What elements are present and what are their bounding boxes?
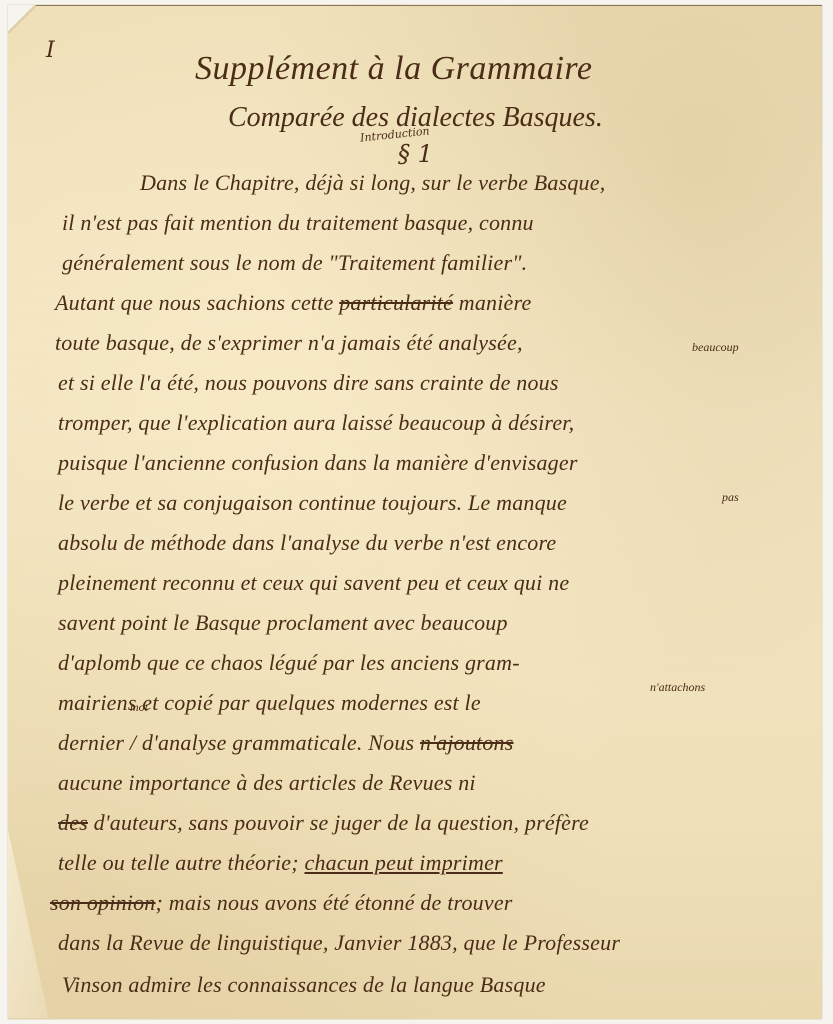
text-line: d'aplomb que ce chaos légué par les anci…	[58, 650, 818, 676]
text-line: Vinson admire les connaissances de la la…	[62, 972, 822, 998]
title-line-1: Supplément à la Grammaire	[195, 50, 592, 88]
struck-text: particularité	[339, 290, 453, 315]
line-text: ; mais nous avons été étonné de trouver	[156, 890, 513, 915]
text-line: généralement sous le nom de "Traitement …	[62, 250, 822, 276]
text-line: le verbe et sa conjugaison continue touj…	[58, 490, 818, 516]
text-line: pleinement reconnu et ceux qui savent pe…	[58, 570, 818, 596]
line-text: dernier / d'analyse grammaticale. Nous	[58, 730, 420, 755]
text-line: telle ou telle autre théorie; chacun peu…	[58, 850, 818, 876]
section-mark: § 1	[398, 140, 433, 168]
text-line: des d'auteurs, sans pouvoir se juger de …	[58, 810, 818, 836]
interlinear-insertion: pas	[722, 490, 739, 505]
interlinear-insertion: n'attachons	[650, 680, 705, 695]
text-line: son opinion; mais nous avons été étonné …	[50, 890, 810, 916]
struck-text: des	[58, 810, 88, 835]
torn-corner	[8, 5, 36, 33]
text-line: dans la Revue de linguistique, Janvier 1…	[58, 930, 818, 956]
text-line: savent point le Basque proclament avec b…	[58, 610, 818, 636]
text-line: absolu de méthode dans l'analyse du verb…	[58, 530, 818, 556]
text-line: aucune importance à des articles de Revu…	[58, 770, 818, 796]
struck-text: n'ajoutons	[420, 730, 514, 755]
text-line: tromper, que l'explication aura laissé b…	[58, 410, 818, 436]
text-line: puisque l'ancienne confusion dans la man…	[58, 450, 818, 476]
text-line: il n'est pas fait mention du traitement …	[62, 210, 822, 236]
text-line: Autant que nous sachions cette particula…	[55, 290, 815, 316]
line-text: telle ou telle autre théorie;	[58, 850, 305, 875]
struck-text: son opinion	[50, 890, 156, 915]
line-text: manière	[453, 290, 531, 315]
interlinear-insertion: mot	[130, 700, 148, 715]
text-line: Dans le Chapitre, déjà si long, sur le v…	[140, 170, 833, 196]
text-line: et si elle l'a été, nous pouvons dire sa…	[58, 370, 818, 396]
interlinear-insertion: beaucoup	[692, 340, 739, 355]
struck-text: chacun peut imprimer	[305, 850, 503, 875]
text-line: dernier / d'analyse grammaticale. Nous n…	[58, 730, 818, 756]
line-text: d'auteurs, sans pouvoir se juger de la q…	[88, 810, 589, 835]
folio-number: I	[46, 38, 55, 63]
line-text: Autant que nous sachions cette	[55, 290, 339, 315]
